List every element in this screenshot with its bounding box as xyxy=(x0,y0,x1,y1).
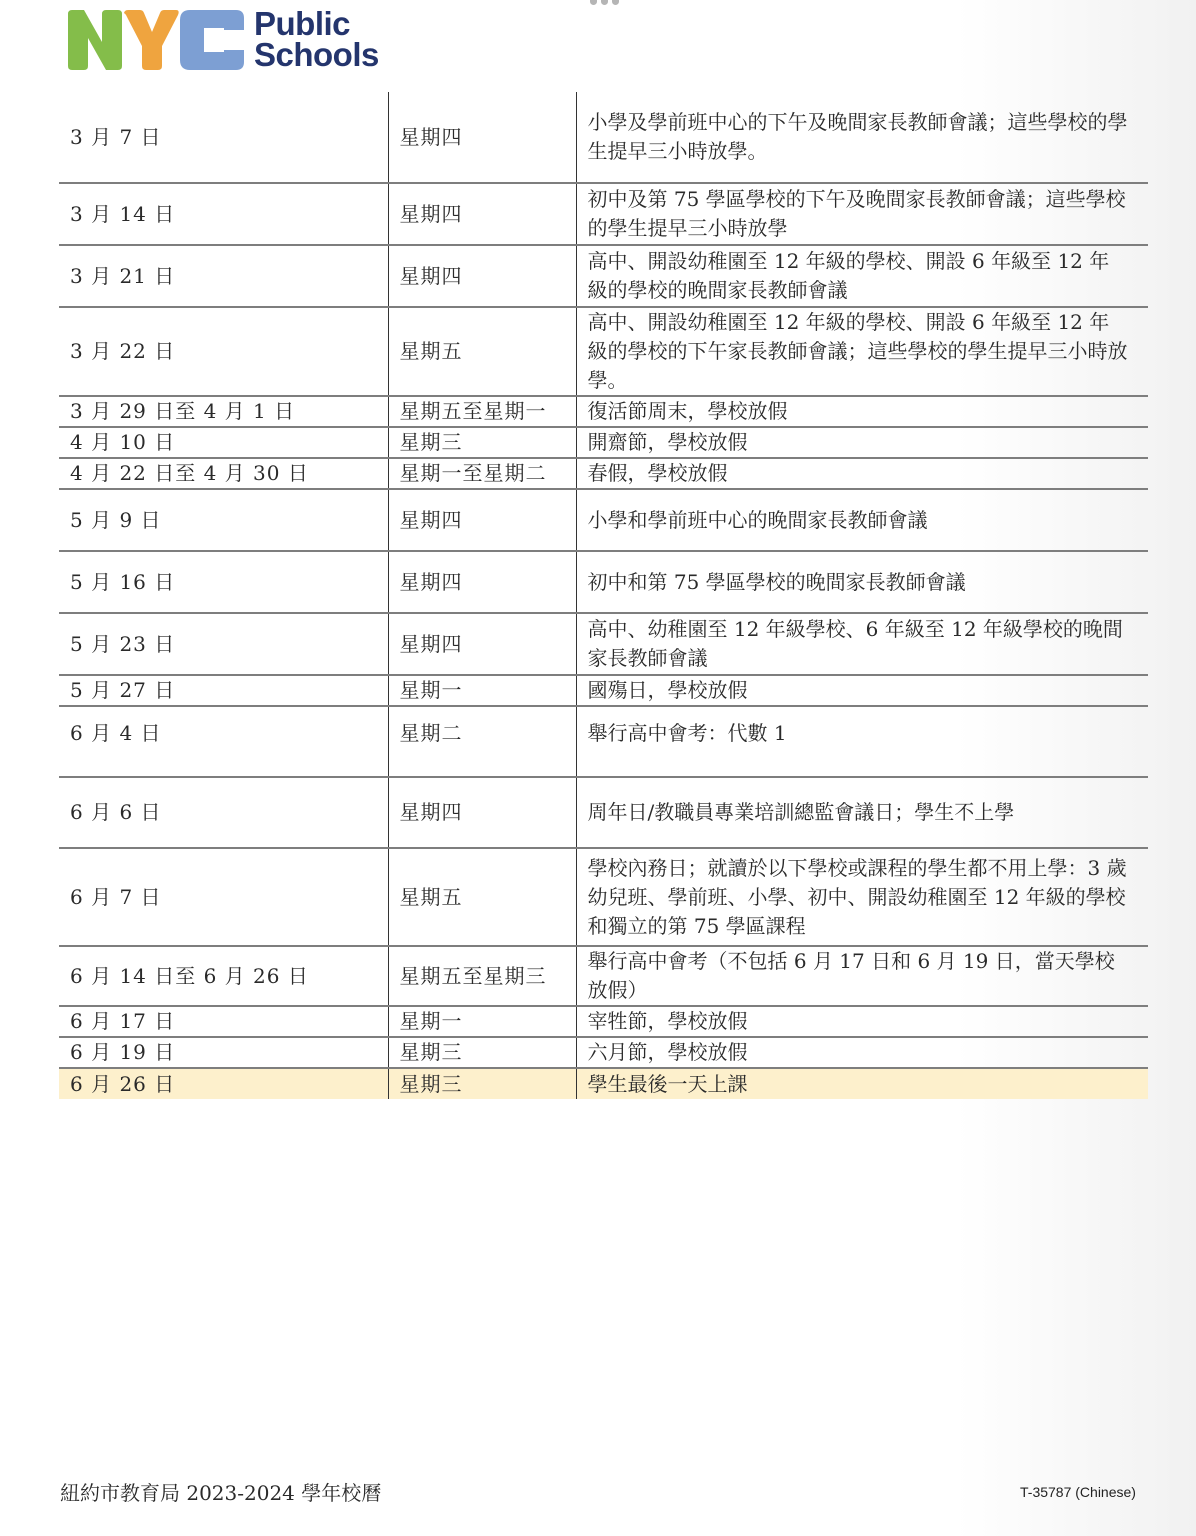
table-row-last-day: 6 月 26 日 星期三 學生最後一天上課 xyxy=(59,1068,1148,1099)
date-cell: 4 月 22 日至 4 月 30 日 xyxy=(59,458,388,489)
weekday-cell: 星期五 xyxy=(388,848,576,946)
table-row: 5 月 27 日 星期一 國殤日，學校放假 xyxy=(59,675,1148,706)
nyc-logo-icon xyxy=(66,8,248,70)
date-cell: 6 月 17 日 xyxy=(59,1006,388,1037)
description-cell: 宰牲節，學校放假 xyxy=(576,1006,1148,1037)
description-cell: 初中和第 75 學區學校的晚間家長教師會議 xyxy=(576,551,1148,613)
nyc-public-schools-logo: Public Schools xyxy=(66,6,379,72)
table-row: 5 月 9 日 星期四 小學和學前班中心的晚間家長教師會議 xyxy=(59,489,1148,551)
table-row: 6 月 4 日 星期二 舉行高中會考：代數 1 xyxy=(59,706,1148,777)
table-row: 3 月 21 日 星期四 高中、開設幼稚園至 12 年級的學校、開設 6 年級至… xyxy=(59,245,1148,307)
description-cell: 復活節周末，學校放假 xyxy=(576,396,1148,427)
date-cell: 4 月 10 日 xyxy=(59,427,388,458)
date-cell: 3 月 14 日 xyxy=(59,183,388,245)
table-row: 5 月 16 日 星期四 初中和第 75 學區學校的晚間家長教師會議 xyxy=(59,551,1148,613)
date-cell: 6 月 14 日至 6 月 26 日 xyxy=(59,946,388,1006)
description-cell: 開齋節，學校放假 xyxy=(576,427,1148,458)
logo-line-public: Public xyxy=(254,8,379,39)
page-handle-dots xyxy=(590,0,619,5)
weekday-cell: 星期三 xyxy=(388,1037,576,1068)
date-cell: 5 月 9 日 xyxy=(59,489,388,551)
table-row: 6 月 14 日至 6 月 26 日 星期五至星期三 舉行高中會考（不包括 6 … xyxy=(59,946,1148,1006)
table-row: 6 月 19 日 星期三 六月節，學校放假 xyxy=(59,1037,1148,1068)
date-cell: 3 月 29 日至 4 月 1 日 xyxy=(59,396,388,427)
weekday-cell: 星期三 xyxy=(388,427,576,458)
date-cell: 5 月 16 日 xyxy=(59,551,388,613)
date-cell: 3 月 22 日 xyxy=(59,307,388,396)
description-cell: 周年日/教職員專業培訓總監會議日；學生不上學 xyxy=(576,777,1148,848)
footer-document-code: T-35787 (Chinese) xyxy=(1020,1484,1136,1500)
description-cell: 學生最後一天上課 xyxy=(576,1068,1148,1099)
table-row: 4 月 22 日至 4 月 30 日 星期一至星期二 春假，學校放假 xyxy=(59,458,1148,489)
logo-line-schools: Schools xyxy=(254,39,379,70)
date-cell: 6 月 26 日 xyxy=(59,1068,388,1099)
weekday-cell: 星期四 xyxy=(388,551,576,613)
table-row: 3 月 29 日至 4 月 1 日 星期五至星期一 復活節周末，學校放假 xyxy=(59,396,1148,427)
logo-wordmark: Public Schools xyxy=(254,8,379,70)
school-calendar-table: 3 月 7 日 星期四 小學及學前班中心的下午及晚間家長教師會議；這些學校的學生… xyxy=(59,92,1148,1099)
date-cell: 5 月 27 日 xyxy=(59,675,388,706)
weekday-cell: 星期一 xyxy=(388,1006,576,1037)
date-cell: 3 月 21 日 xyxy=(59,245,388,307)
table-row: 6 月 17 日 星期一 宰牲節，學校放假 xyxy=(59,1006,1148,1037)
description-cell: 高中、開設幼稚園至 12 年級的學校、開設 6 年級至 12 年級的學校的晚間家… xyxy=(576,245,1148,307)
weekday-cell: 星期二 xyxy=(388,706,576,777)
table-row: 6 月 7 日 星期五 學校內務日；就讀於以下學校或課程的學生都不用上學：3 歲… xyxy=(59,848,1148,946)
date-cell: 6 月 6 日 xyxy=(59,777,388,848)
weekday-cell: 星期五 xyxy=(388,307,576,396)
date-cell: 5 月 23 日 xyxy=(59,613,388,675)
weekday-cell: 星期一 xyxy=(388,675,576,706)
description-cell: 舉行高中會考：代數 1 xyxy=(576,706,1148,777)
description-cell: 六月節，學校放假 xyxy=(576,1037,1148,1068)
date-cell: 6 月 7 日 xyxy=(59,848,388,946)
weekday-cell: 星期三 xyxy=(388,1068,576,1099)
table-row: 4 月 10 日 星期三 開齋節，學校放假 xyxy=(59,427,1148,458)
weekday-cell: 星期五至星期一 xyxy=(388,396,576,427)
description-cell: 初中及第 75 學區學校的下午及晚間家長教師會議；這些學校的學生提早三小時放學 xyxy=(576,183,1148,245)
description-cell: 高中、幼稚園至 12 年級學校、6 年級至 12 年級學校的晚間家長教師會議 xyxy=(576,613,1148,675)
weekday-cell: 星期四 xyxy=(388,777,576,848)
weekday-cell: 星期四 xyxy=(388,183,576,245)
description-cell: 小學和學前班中心的晚間家長教師會議 xyxy=(576,489,1148,551)
description-cell: 小學及學前班中心的下午及晚間家長教師會議；這些學校的學生提早三小時放學。 xyxy=(576,92,1148,183)
table-row: 3 月 7 日 星期四 小學及學前班中心的下午及晚間家長教師會議；這些學校的學生… xyxy=(59,92,1148,183)
weekday-cell: 星期四 xyxy=(388,613,576,675)
weekday-cell: 星期四 xyxy=(388,245,576,307)
table-row: 5 月 23 日 星期四 高中、幼稚園至 12 年級學校、6 年級至 12 年級… xyxy=(59,613,1148,675)
table-row: 3 月 22 日 星期五 高中、開設幼稚園至 12 年級的學校、開設 6 年級至… xyxy=(59,307,1148,396)
weekday-cell: 星期五至星期三 xyxy=(388,946,576,1006)
date-cell: 6 月 4 日 xyxy=(59,706,388,777)
weekday-cell: 星期四 xyxy=(388,92,576,183)
description-cell: 春假，學校放假 xyxy=(576,458,1148,489)
weekday-cell: 星期四 xyxy=(388,489,576,551)
weekday-cell: 星期一至星期二 xyxy=(388,458,576,489)
footer-calendar-title: 紐約市教育局 2023-2024 學年校曆 xyxy=(60,1477,381,1506)
description-cell: 國殤日，學校放假 xyxy=(576,675,1148,706)
date-cell: 6 月 19 日 xyxy=(59,1037,388,1068)
table-row: 3 月 14 日 星期四 初中及第 75 學區學校的下午及晚間家長教師會議；這些… xyxy=(59,183,1148,245)
date-cell: 3 月 7 日 xyxy=(59,92,388,183)
description-cell: 學校內務日；就讀於以下學校或課程的學生都不用上學：3 歲幼兒班、學前班、小學、初… xyxy=(576,848,1148,946)
description-cell: 舉行高中會考（不包括 6 月 17 日和 6 月 19 日，當天學校放假） xyxy=(576,946,1148,1006)
description-cell: 高中、開設幼稚園至 12 年級的學校、開設 6 年級至 12 年級的學校的下午家… xyxy=(576,307,1148,396)
table-row: 6 月 6 日 星期四 周年日/教職員專業培訓總監會議日；學生不上學 xyxy=(59,777,1148,848)
